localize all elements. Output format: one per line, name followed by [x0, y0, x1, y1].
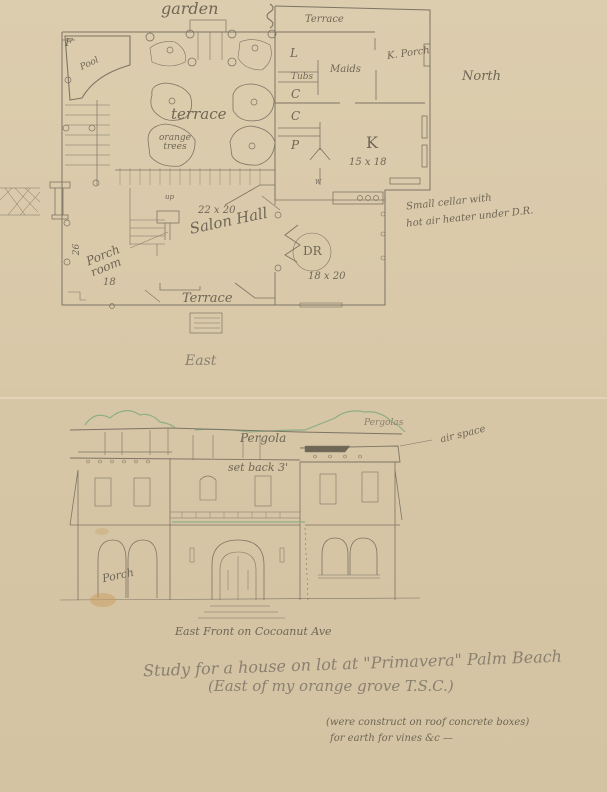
title-line2: (East of my orange grove T.S.C.) — [208, 679, 454, 694]
tubs-label: Tubs — [291, 73, 313, 82]
laundry-label: L — [290, 47, 298, 59]
orange-trees-label: orange trees — [155, 134, 195, 152]
orientation-north: North — [462, 70, 501, 83]
w-label: W — [315, 180, 321, 186]
footnote-line2: for earth for vines &c — — [330, 734, 453, 744]
pergola-label-left: Pergola — [240, 432, 286, 444]
orientation-garden: garden — [161, 1, 218, 17]
porch-dim-18: 18 — [103, 278, 116, 288]
closet-label-2: C — [291, 110, 300, 122]
orientation-east: East — [185, 354, 216, 368]
closet-label-1: C — [291, 88, 300, 100]
kitchen-size-label: 15 x 18 — [349, 158, 386, 168]
set-back-label: set back 3' — [228, 462, 288, 473]
elevation-caption: East Front on Cocoanut Ave — [175, 626, 332, 637]
pantry-label: P — [291, 139, 299, 151]
porch-dim-26: 26 — [73, 244, 82, 255]
paper-stain — [90, 593, 116, 607]
kitchen-label: K — [366, 135, 378, 151]
pool-corner-label: F — [65, 37, 73, 48]
terrace-bottom-label: Terrace — [182, 292, 233, 305]
sketch-sheet: garden North East F Pool terrace orange … — [0, 0, 607, 792]
terrace-top-label: Terrace — [305, 15, 344, 25]
up-label: up — [165, 194, 174, 201]
footnote-line1: (were construct on roof concrete boxes) — [326, 718, 529, 728]
paper-stain — [95, 528, 109, 535]
maids-label: Maids — [330, 65, 361, 75]
dining-room-label: DR — [303, 245, 322, 257]
paper-fold — [0, 397, 607, 399]
dining-size-label: 18 x 20 — [308, 272, 345, 282]
pergola-label-right: Pergolas — [364, 419, 403, 428]
terrace-main-label: terrace — [171, 107, 226, 122]
